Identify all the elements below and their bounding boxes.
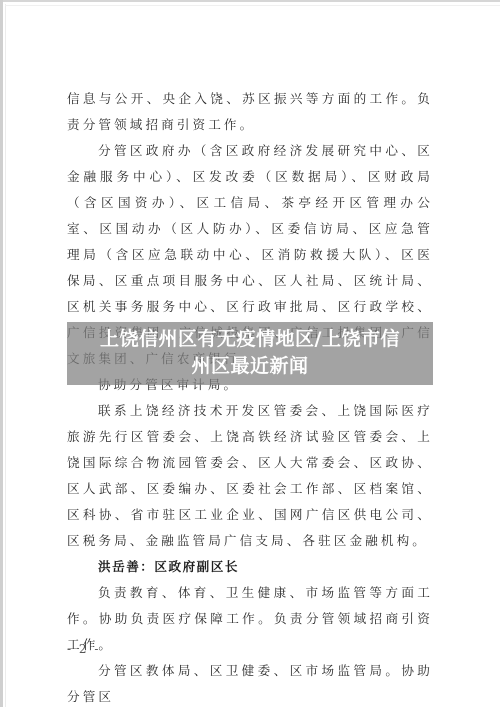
document-body: 信息与公开、央企入饶、苏区振兴等方面的工作。负责分管领域招商引资工作。 分管区政… [67, 86, 433, 707]
section-heading: 洪岳善：区政府副区长 [67, 554, 433, 580]
page-edge-top [0, 0, 500, 2]
overlay-title-line-2: 州区最近新闻 [67, 353, 433, 380]
overlay-title: 上饶信州区有无疫情地区/上饶市信 州区最近新闻 [67, 322, 433, 380]
paragraph-oversight: 分管区教体局、区卫健委、区市场监管局。协助分管区 [67, 658, 433, 707]
page-edge-left [0, 0, 3, 707]
overlay-title-line-1: 上饶信州区有无疫情地区/上饶市信 [47, 326, 453, 353]
page-number: - 2 - [67, 642, 100, 656]
paragraph-responsibilities: 负责教育、体育、卫生健康、市场监管等方面工作。协助负责医疗保障工作。负责分管领域… [67, 580, 433, 658]
page-inner-edge-top [5, 5, 500, 6]
paragraph-liaison: 联系上饶经济技术开发区管委会、上饶国际医疗旅游先行区管委会、上饶高铁经济试验区管… [67, 398, 433, 554]
paragraph-continuation: 信息与公开、央企入饶、苏区振兴等方面的工作。负责分管领域招商引资工作。 [67, 86, 433, 138]
page-inner-edge [5, 4, 6, 707]
